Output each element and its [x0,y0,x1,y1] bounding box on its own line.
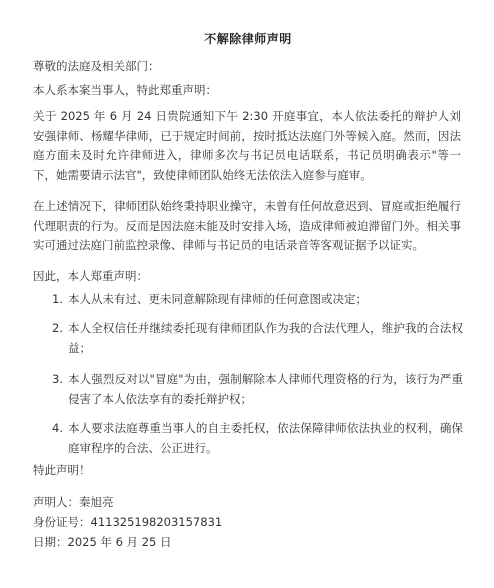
closing-statement: 特此声明！ [33,461,91,481]
therefore-statement: 因此，本人郑重声明： [33,267,148,287]
declarant-name: 秦旭亮 [79,495,114,509]
intro-statement: 本人系本案当事人，特此郑重声明： [33,81,217,101]
date-label: 日期： [33,535,68,549]
list-item-text: 本人强烈反对以"冒庭"为由，强制解除本人律师代理资格的行为，该行为严重侵害了本人… [68,370,463,409]
document-title: 不解除律师声明 [33,30,463,47]
list-item-number: 4. [52,419,66,439]
paragraph-lawyer-conduct: 在上述情况下，律师团队始终秉持职业操守，未曾有任何故意迟到、冒庭或拒绝履行代理职… [33,197,461,256]
date-value: 2025 年 6 月 25 日 [68,535,172,549]
signature-date: 日期：2025 年 6 月 25 日 [33,533,172,553]
list-item-number: 2. [52,319,66,339]
list-item-number: 1. [52,290,66,310]
salutation: 尊敬的法庭及相关部门： [33,57,160,77]
paragraph-incident: 关于 2025 年 6 月 24 日贵院通知下午 2:30 开庭事宜，本人依法委… [33,107,461,185]
list-item: 4. 本人要求法庭尊重当事人的自主委托权，依法保障律师依法执业的权利，确保庭审程… [52,419,463,458]
id-number: 411325198203157831 [91,515,223,529]
signature-declarant: 声明人：秦旭亮 [33,493,114,513]
list-item: 2. 本人全权信任并继续委托现有律师团队作为我的合法代理人，维护我的合法权益； [52,319,463,358]
list-item-text: 本人从未有过、更未同意解除现有律师的任何意图或决定； [68,290,463,310]
list-item: 1. 本人从未有过、更未同意解除现有律师的任何意图或决定； [52,290,463,310]
signature-id-number: 身份证号：411325198203157831 [33,513,222,533]
list-item: 3. 本人强烈反对以"冒庭"为由，强制解除本人律师代理资格的行为，该行为严重侵害… [52,370,463,409]
list-item-text: 本人要求法庭尊重当事人的自主委托权，依法保障律师依法执业的权利，确保庭审程序的合… [68,419,463,458]
id-label: 身份证号： [33,515,91,529]
list-item-text: 本人全权信任并继续委托现有律师团队作为我的合法代理人，维护我的合法权益； [68,319,463,358]
list-item-number: 3. [52,370,66,390]
declarant-label: 声明人： [33,495,79,509]
